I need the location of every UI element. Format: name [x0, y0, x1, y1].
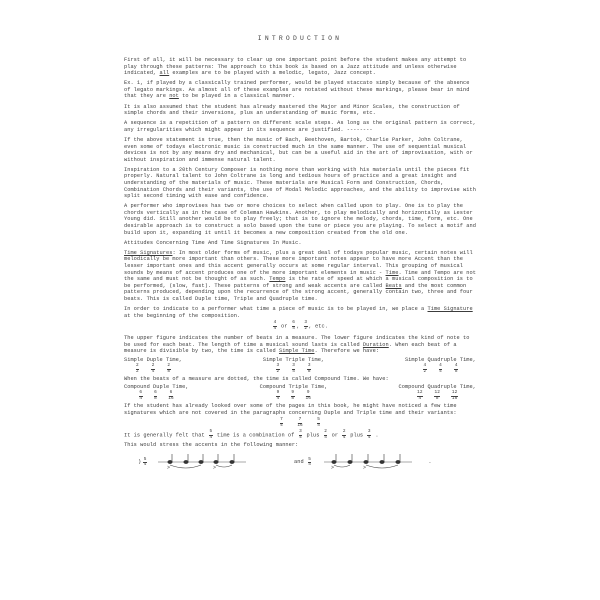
denominator: 4 — [280, 424, 283, 428]
time-signature-group: Simple Quadruple Time,424448 — [405, 357, 476, 374]
time-signature: 34 — [367, 430, 371, 440]
term-time: Time — [386, 270, 399, 276]
denominator: 4 — [292, 327, 295, 331]
denominator: 4 — [152, 370, 155, 374]
denominator: 2 — [277, 370, 280, 374]
paragraph-combination: It is generally felt that 54 time is a c… — [124, 430, 476, 440]
time-signature: 64 — [139, 391, 143, 401]
time-signature-group: Simple Duple Time,222428 — [124, 357, 182, 374]
text: time is a combination of — [217, 433, 295, 439]
time-signature-group: Compound Duple Time,6468616 — [124, 384, 189, 401]
time-signature: 98 — [291, 391, 295, 401]
text: or — [281, 324, 287, 330]
time-signature: 54 — [143, 458, 147, 468]
section-heading-attitudes: Attitudes Concerning Time And Time Signa… — [124, 240, 476, 247]
denominator: 8 — [455, 370, 458, 374]
time-signature: 128 — [434, 391, 440, 401]
notation-group-1: ) 54 > > — [138, 453, 248, 473]
document-page: INTRODUCTION First of all, it will be ne… — [0, 0, 600, 600]
text: to be played in a classical manner. — [179, 93, 295, 99]
signature-list: 1241281216 — [416, 391, 459, 401]
emphasis-all: all — [160, 70, 170, 76]
signature-list: 424448 — [422, 364, 459, 374]
denominator: 4 — [277, 397, 280, 401]
denominator: 4 — [274, 327, 277, 331]
time-signature: 34 — [292, 364, 296, 374]
time-signature: 68 — [154, 391, 158, 401]
paragraph-staccato: Ex. 1, if played by a classically traine… — [124, 80, 476, 100]
signature-list: 323438 — [275, 364, 312, 374]
group-label: Compound Quadruple Time, — [398, 384, 476, 391]
time-signature: 44 — [439, 364, 443, 374]
denominator: 4 — [139, 397, 142, 401]
svg-text:>: > — [331, 465, 334, 471]
paragraph-inspiration: Inspiration to a 20th Century Composer i… — [124, 167, 476, 200]
music-notation-example: ) 54 > > and — [124, 451, 476, 473]
document-body: First of all, it will be necessary to cl… — [124, 57, 476, 473]
paragraph-upper-figure: The upper figure indicates the number of… — [124, 335, 476, 355]
staff-notes-2-3: > > — [324, 453, 414, 473]
denominator: 8 — [291, 397, 294, 401]
signature-list: 222428 — [135, 364, 172, 374]
time-signature: 32 — [276, 364, 280, 374]
time-signature: 54 — [308, 458, 312, 468]
denominator: 4 — [144, 463, 147, 467]
denominator: 4 — [368, 436, 371, 440]
denominator: 2 — [423, 370, 426, 374]
text: at the beginning of the composition. — [124, 313, 240, 319]
time-signature: 22 — [136, 364, 140, 374]
time-signature: 24 — [324, 430, 328, 440]
text: . — [428, 459, 431, 466]
emphasis-not: not — [169, 93, 179, 99]
time-signature: 42 — [423, 364, 427, 374]
text: and — [294, 459, 304, 466]
denominator: 8 — [308, 370, 311, 374]
time-signature: 32 — [304, 321, 308, 331]
paragraph-performer: A performer who improvises has two or mo… — [124, 203, 476, 236]
svg-text:>: > — [167, 465, 170, 471]
text: . — [375, 433, 378, 439]
time-signature: 1216 — [451, 391, 457, 401]
text: or — [332, 433, 338, 439]
time-signature: 74 — [280, 418, 284, 428]
svg-text:>: > — [213, 465, 216, 471]
group-label: Simple Quadruple Time, — [405, 357, 476, 364]
denominator: 8 — [154, 397, 157, 401]
denominator: 4 — [343, 436, 346, 440]
time-signature: 716 — [297, 418, 302, 428]
signature-list: 9498916 — [275, 391, 312, 401]
staff-notes-3-2: > > — [158, 453, 248, 473]
denominator: 4 — [209, 436, 212, 440]
simple-time-table: Simple Duple Time,222428Simple Triple Ti… — [124, 357, 476, 374]
text: In order to indicate to a performer what… — [124, 306, 428, 312]
paragraph-stress: This would stress the accents in the fol… — [124, 442, 476, 449]
group-label: Compound Duple Time, — [124, 384, 189, 391]
denominator: 4 — [439, 370, 442, 374]
denominator: 2 — [136, 370, 139, 374]
time-signature: 124 — [417, 391, 423, 401]
paragraph-composers: If the above statement is true, then the… — [124, 137, 476, 163]
text: plus — [307, 433, 320, 439]
paragraph-indicate: In order to indicate to a performer what… — [124, 306, 476, 319]
denominator: 16 — [168, 397, 173, 401]
denominator: 4 — [292, 370, 295, 374]
time-signature: 54 — [317, 418, 321, 428]
time-signature: 616 — [168, 391, 173, 401]
time-signature: 38 — [307, 364, 311, 374]
notation-group-2: and 54 > > . — [294, 453, 432, 473]
denominator: 8 — [436, 397, 439, 401]
variant-signatures: 7471654 — [124, 418, 476, 428]
paragraph-assumptions: It is also assumed that the student has … — [124, 104, 476, 117]
time-signature-group: Compound Triple Time,9498916 — [260, 384, 328, 401]
denominator: 2 — [304, 327, 307, 331]
time-signature: 54 — [209, 430, 213, 440]
text: examples are to be played with a melodic… — [169, 70, 376, 76]
page-title: INTRODUCTION — [0, 35, 600, 42]
time-signature: 94 — [276, 391, 280, 401]
example-signatures: 44 or 64, 32, etc. — [124, 321, 476, 331]
time-signature: 24 — [342, 430, 346, 440]
group-label: Simple Triple Time, — [263, 357, 324, 364]
time-signature-group: Simple Triple Time,323438 — [263, 357, 324, 374]
denominator: 8 — [167, 370, 170, 374]
denominator: 4 — [308, 463, 311, 467]
time-signature-group: Compound Quadruple Time,1241281216 — [398, 384, 476, 401]
text: It is generally felt that — [124, 433, 205, 439]
time-signature: 64 — [292, 321, 296, 331]
text: plus — [350, 433, 363, 439]
denominator: 16 — [297, 424, 302, 428]
group-label: Simple Duple Time, — [124, 357, 182, 364]
text: , etc. — [309, 324, 328, 330]
svg-text:>: > — [363, 465, 366, 471]
term-duration: Duration — [363, 342, 389, 348]
compound-time-table: Compound Duple Time,6468616Compound Trip… — [124, 384, 476, 401]
signature-list: 6468616 — [138, 391, 175, 401]
paragraph-approach: First of all, it will be necessary to cl… — [124, 57, 476, 77]
time-signature: 48 — [454, 364, 458, 374]
denominator: 4 — [324, 436, 327, 440]
term-simple-time: Simple Time — [279, 348, 315, 354]
term-tempo: Tempo — [269, 276, 285, 282]
denominator: 16 — [452, 397, 457, 401]
denominator: 4 — [419, 397, 422, 401]
time-signature: 34 — [299, 430, 303, 440]
denominator: 4 — [317, 424, 320, 428]
paragraph-sequence: A sequence is a repetition of a pattern … — [124, 120, 476, 133]
denominator: 4 — [299, 436, 302, 440]
text: . Therefore we have: — [315, 348, 380, 354]
paragraph-compound: When the beats of a measure are dotted, … — [124, 376, 476, 383]
time-signature: 916 — [306, 391, 311, 401]
denominator: 16 — [306, 397, 311, 401]
time-signature: 28 — [167, 364, 171, 374]
group-label: Compound Triple Time, — [260, 384, 328, 391]
paragraph-time-signatures: Time Signatures: In most older forms of … — [124, 250, 476, 303]
term-beats: Beats — [386, 283, 402, 289]
time-signature: 44 — [273, 321, 277, 331]
time-signature: 24 — [151, 364, 155, 374]
paragraph-variants: If the student has already looked over s… — [124, 403, 476, 416]
term-time-signature: Time Signature — [428, 306, 473, 312]
term-time-signatures: Time Signatures — [124, 250, 172, 256]
